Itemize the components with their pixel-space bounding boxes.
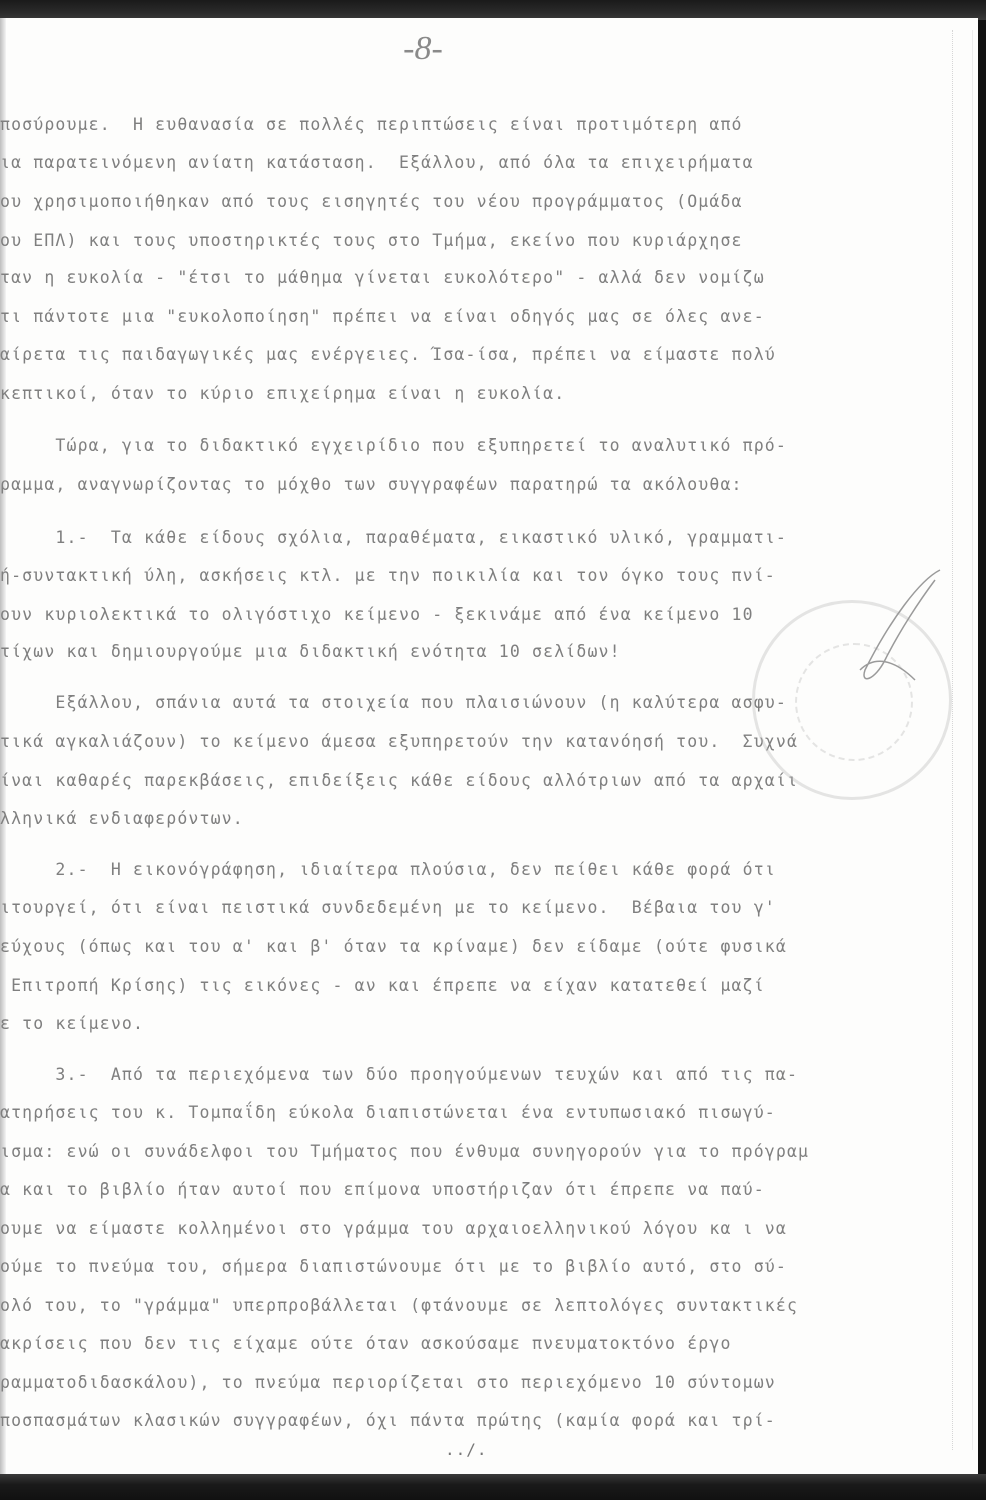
text-line: ακρίσεις που δεν τις είχαμε ούτε όταν ασ… — [0, 1333, 732, 1355]
text-line: ουν κυριολεκτικά το ολιγόστιχο κείμενο -… — [0, 604, 754, 626]
text-line: 2.- Η εικονόγράφηση, ιδιαίτερα πλούσια, … — [0, 859, 776, 881]
text-line: ποσύρουμε. Η ευθανασία σε πολλές περιπτώ… — [0, 114, 743, 136]
text-line: κεπτικοί, όταν το κύριο επιχείρημα είναι… — [0, 383, 565, 405]
text-line: αίρετα τις παιδαγωγικές μας ενέργειες. Ί… — [0, 344, 776, 366]
page-right-edge — [972, 30, 974, 1450]
page-right-margin-mark — [952, 30, 954, 1450]
text-line: Τώρα, για το διδακτικό εγχειρίδιο που εξ… — [0, 435, 787, 457]
signature-icon — [820, 560, 960, 700]
text-line: Εξάλλου, σπάνια αυτά τα στοιχεία που πλα… — [0, 692, 787, 714]
text-line: ου χρησιμοποιήθηκαν από τους εισηγητές τ… — [0, 191, 743, 213]
text-line: ταν η ευκολία - "έτσι το μάθημα γίνεται … — [0, 267, 765, 289]
text-line: εύχους (όπως και του α' και β' όταν τα κ… — [0, 936, 787, 958]
text-line: α και το βιβλίο ήταν αυτοί που επίμονα υ… — [0, 1179, 765, 1201]
text-line: ιτουργεί, ότι είναι πειστικά συνδεδεμένη… — [0, 897, 776, 919]
text-line: 1.- Τα κάθε είδους σχόλια, παραθέματα, ε… — [0, 527, 787, 549]
text-line: ή-συντακτική ύλη, ασκήσεις κτλ. με την π… — [0, 565, 776, 587]
text-line: ολό του, το "γράμμα" υπερπροβάλλεται (φτ… — [0, 1295, 798, 1317]
continuation-mark: ../. — [445, 1440, 488, 1459]
text-line: ια παρατεινόμενη ανίατη κατάσταση. Εξάλλ… — [0, 152, 754, 174]
text-line: τίχων και δημιουργούμε μια διδακτική ενό… — [0, 641, 621, 663]
text-line: ατηρήσεις του κ. Τομπαΐδη εύκολα διαπιστ… — [0, 1102, 776, 1124]
text-line: τι πάντοτε μια "ευκολοποίηση" πρέπει να … — [0, 306, 765, 328]
text-line: ε το κείμενο. — [0, 1013, 144, 1035]
text-line: Επιτροπή Κρίσης) τις εικόνες - αν και έπ… — [0, 975, 765, 997]
text-line: ραμματοδιδασκάλου), το πνεύμα περιορίζετ… — [0, 1372, 776, 1394]
text-line: ισμα: ενώ οι συνάδελφοι του Τμήματος που… — [0, 1141, 809, 1163]
text-line: ουμε να είμαστε κολλημένοι στο γράμμα το… — [0, 1218, 787, 1240]
text-line: λληνικά ενδιαφερόντων. — [0, 808, 244, 830]
text-line: τικά αγκαλιάζουν) το κείμενο άμεσα εξυπη… — [0, 731, 798, 753]
scan-bottom-border — [0, 1474, 986, 1500]
text-line: 3.- Από τα περιεχόμενα των δύο προηγούμε… — [0, 1064, 798, 1086]
text-line: ίναι καθαρές παρεκβάσεις, επιδείξεις κάθ… — [0, 770, 798, 792]
page-number: -8- — [388, 24, 458, 74]
text-line: ου ΕΠΛ) και τους υποστηρικτές τους στο Τ… — [0, 230, 743, 252]
text-line: ποσπασμάτων κλασικών συγγραφέων, όχι πάν… — [0, 1410, 776, 1432]
scan-top-border — [0, 0, 986, 20]
text-line: ραμμα, αναγνωρίζοντας το μόχθο των συγγρ… — [0, 474, 743, 496]
text-line: ούμε το πνεύμα του, σήμερα διαπιστώνουμε… — [0, 1256, 787, 1278]
